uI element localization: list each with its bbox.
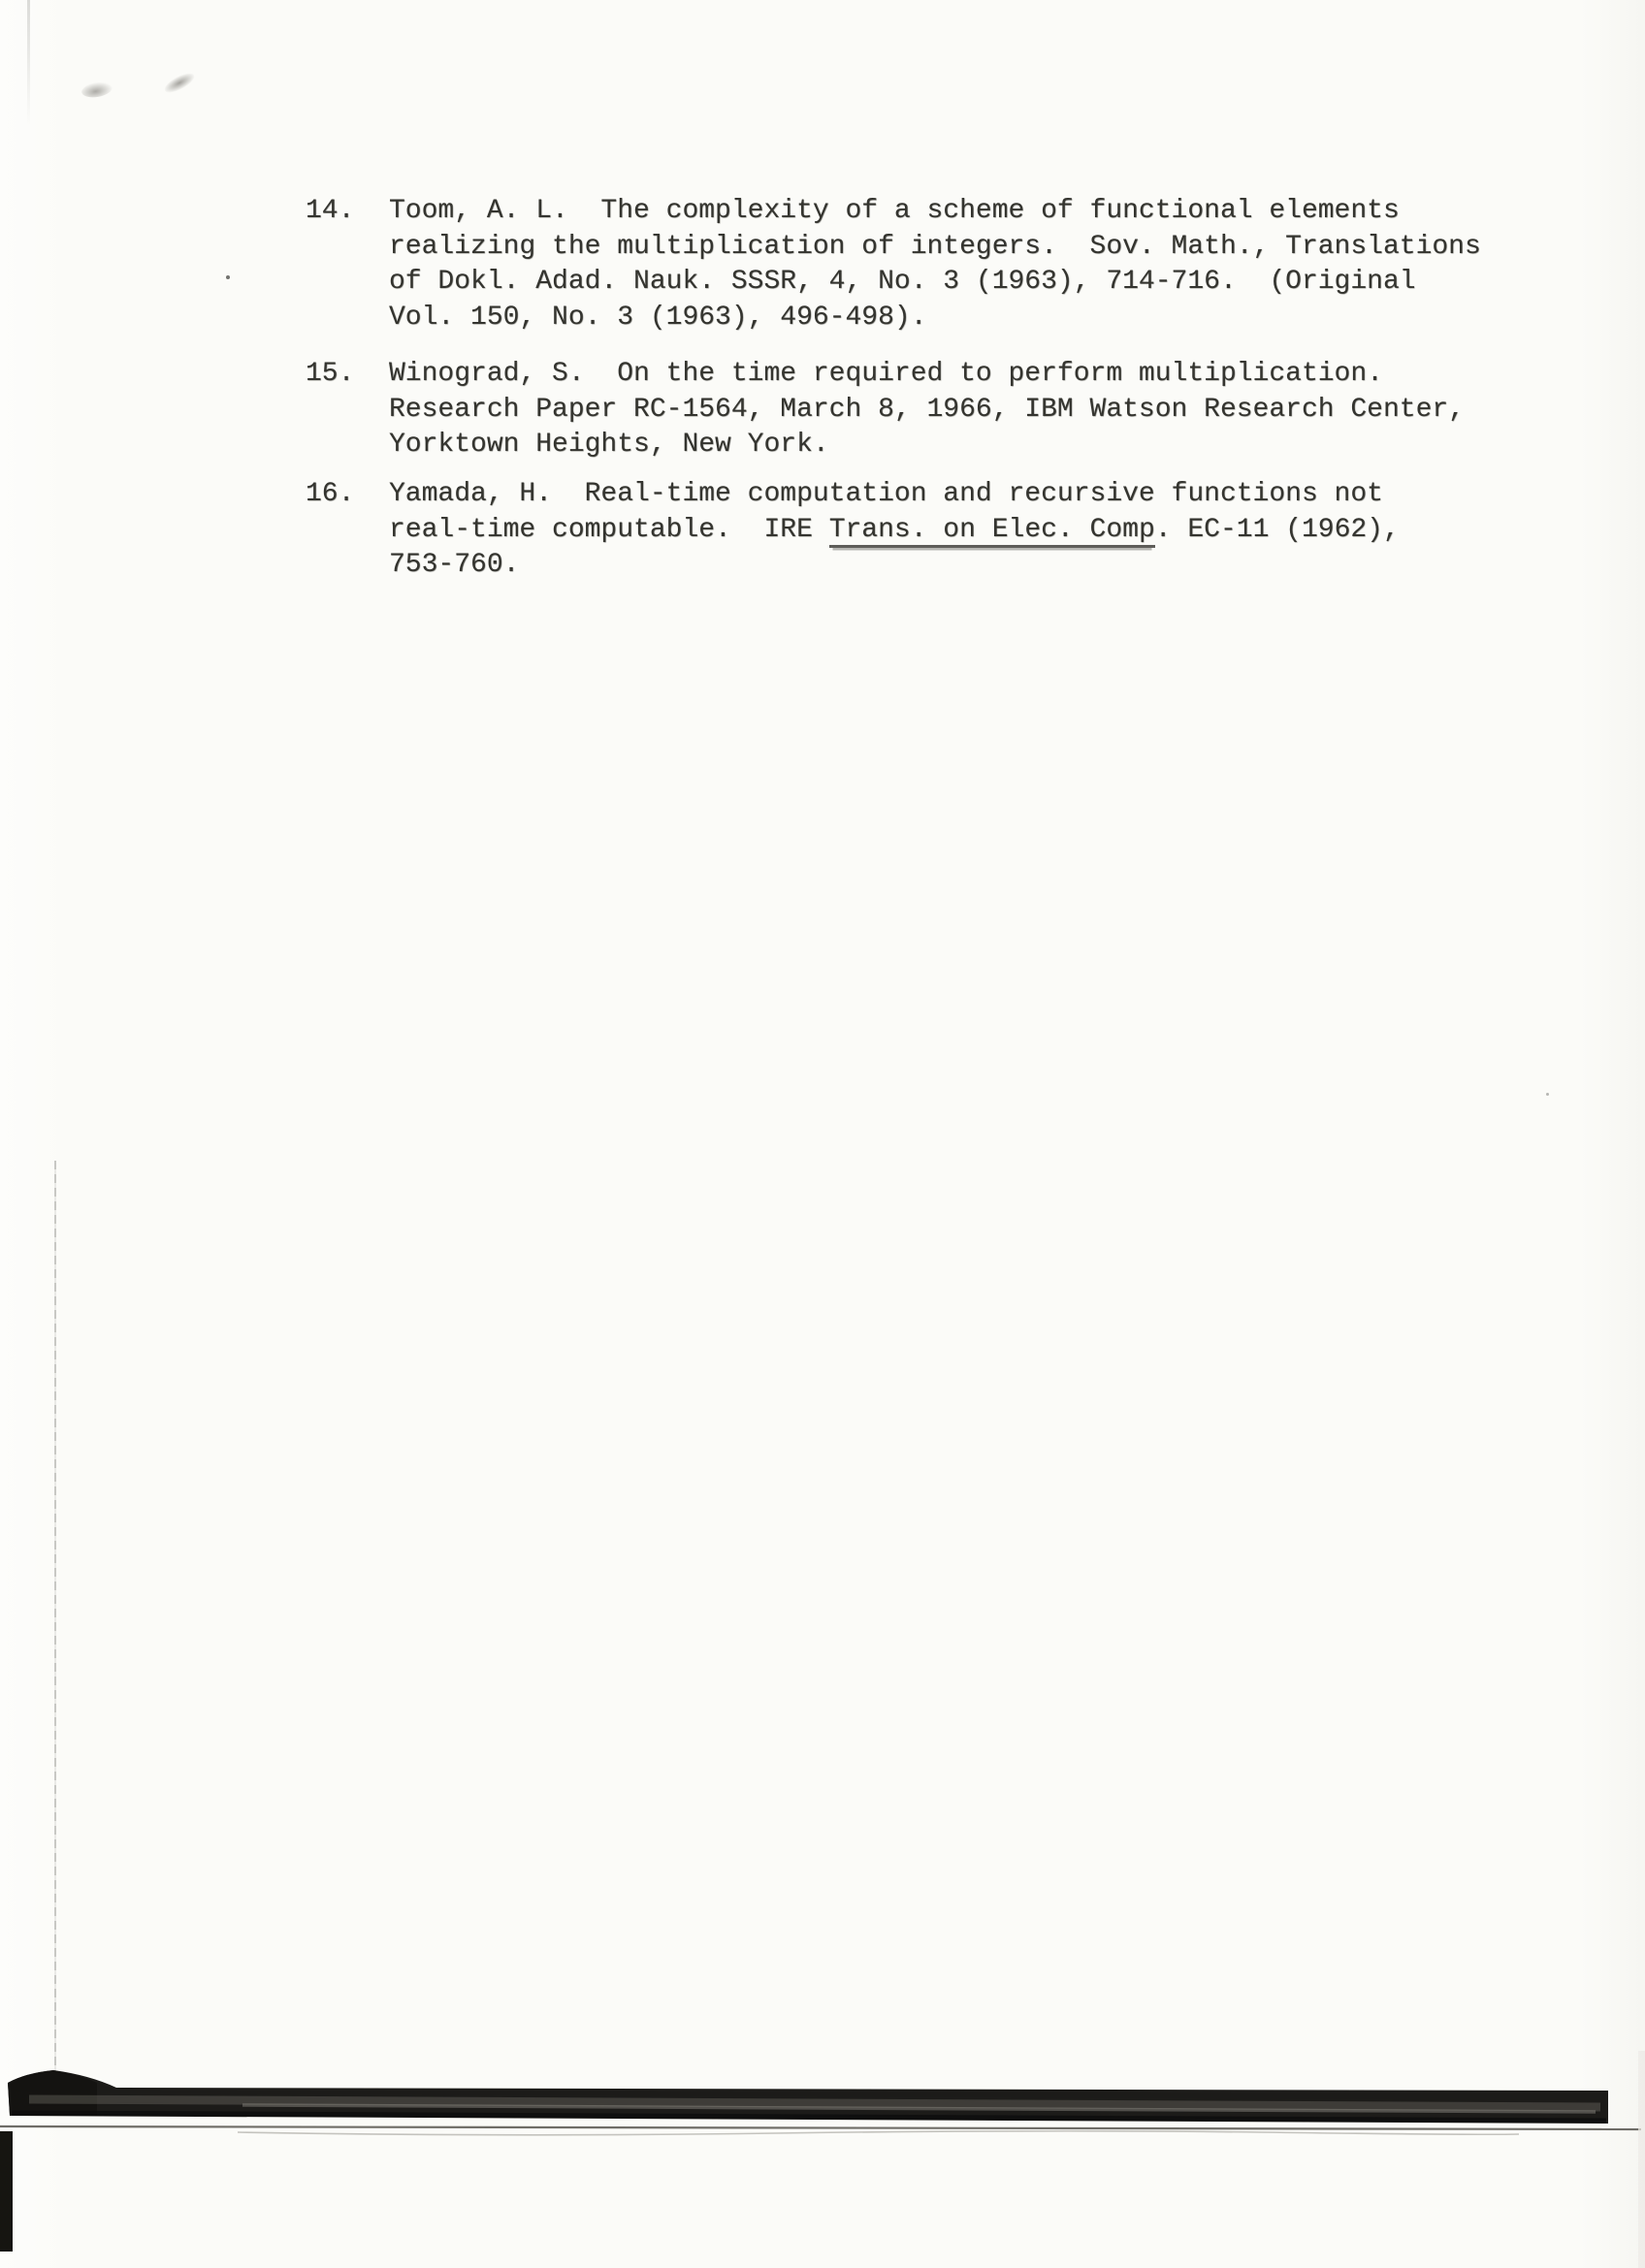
reference-text-line: 753-760. [389, 548, 1557, 584]
reference-text-line: Toom, A. L. The complexity of a scheme o… [389, 194, 1557, 230]
reference-text-segment: . EC-11 (1962), [1155, 515, 1400, 545]
reference-body: Winograd, S. On the time required to per… [389, 357, 1557, 463]
reference-item-16: 16. Yamada, H. Real-time computation and… [306, 477, 1557, 584]
reference-number: 16. [306, 477, 389, 584]
reference-text-line: of Dokl. Adad. Nauk. SSSR, 4, No. 3 (196… [389, 265, 1557, 301]
scan-left-strip [0, 2131, 13, 2252]
reference-item-15: 15. Winograd, S. On the time required to… [306, 357, 1557, 463]
scan-right-shade [1638, 2051, 1645, 2268]
scan-edge-artifact [0, 2051, 1645, 2268]
reference-body: Toom, A. L. The complexity of a scheme o… [389, 194, 1557, 336]
page-bottom-edge-line [0, 2126, 1641, 2129]
reference-number: 14. [306, 194, 389, 336]
scan-margin-streak [27, 0, 30, 126]
reference-text-line: realizing the multiplication of integers… [389, 230, 1557, 266]
document-page: 14. Toom, A. L. The complexity of a sche… [0, 0, 1645, 2268]
reference-list: 14. Toom, A. L. The complexity of a sche… [306, 194, 1557, 584]
reference-text-line: Vol. 150, No. 3 (1963), 496-498). [389, 301, 1557, 336]
pencil-smudge-right [162, 70, 197, 96]
reference-body: Yamada, H. Real-time computation and rec… [389, 477, 1557, 584]
reference-text-line: Yamada, H. Real-time computation and rec… [389, 477, 1557, 513]
ink-speck [226, 275, 230, 279]
pencil-smudge-left [81, 80, 113, 99]
reference-text-line: Research Paper RC-1564, March 8, 1966, I… [389, 393, 1557, 429]
ink-speck [1546, 1093, 1549, 1096]
reference-text-line: Winograd, S. On the time required to per… [389, 357, 1557, 393]
scan-crease-line [54, 1161, 56, 2075]
reference-text-line: Yorktown Heights, New York. [389, 428, 1557, 463]
reference-text-segment: real-time computable. IRE [389, 515, 829, 545]
reference-text-line: real-time computable. IRE Trans. on Elec… [389, 513, 1557, 549]
reference-number: 15. [306, 357, 389, 463]
reference-item-14: 14. Toom, A. L. The complexity of a sche… [306, 194, 1557, 336]
scanned-document: { "document": { "colors": { "paper": "#f… [0, 0, 1645, 2268]
scan-wavy-line [238, 2131, 1519, 2135]
underlined-journal-title: Trans. on Elec. Comp [829, 515, 1155, 548]
